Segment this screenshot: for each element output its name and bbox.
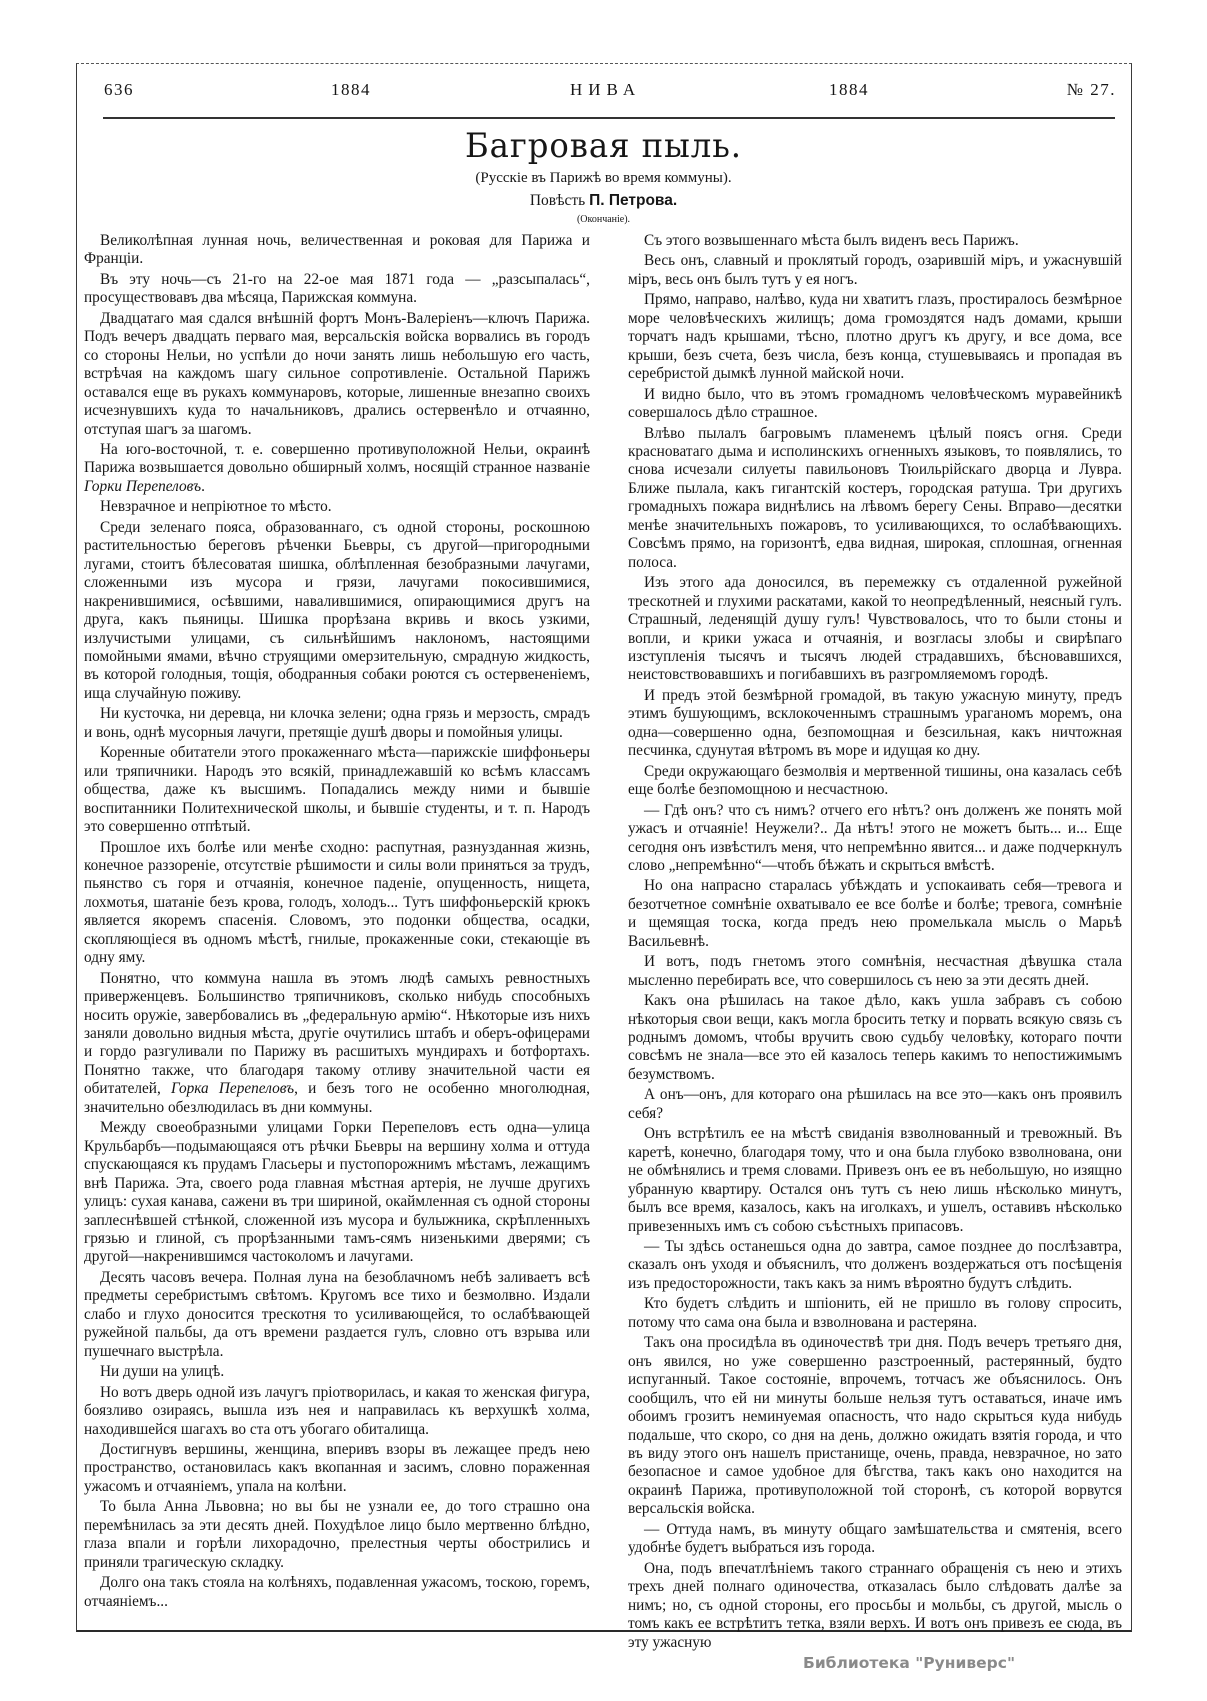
byline-prefix: Повѣсть [530,192,585,209]
paragraph: Десять часовъ вечера. Полная луна на без… [84,1269,590,1361]
paragraph: Долго она такъ стояла на колѣняхъ, подав… [84,1574,590,1611]
paragraph: Прошлое ихъ болѣе или менѣе сходно: расп… [84,839,590,968]
paragraph: А онъ—онъ, для котораго она рѣшилась на … [628,1086,1122,1123]
paragraph: Прямо, направо, налѣво, куда ни хватитъ … [628,291,1122,383]
library-watermark: Библиотека "Руниверс" [803,1654,1015,1672]
paragraph: И вотъ, подъ гнетомъ этого сомнѣнія, нес… [628,953,1122,990]
paragraph: Изъ этого ада доносился, въ перемежку съ… [628,574,1122,685]
issue-number: № 27. [1067,80,1116,100]
running-head: 636 1884 НИВА 1884 № 27. [104,80,1116,106]
paragraph: Среди окружающаго безмолвія и мертвенной… [628,763,1122,800]
paragraph: Такъ она просидѣла въ одиночествѣ три дн… [628,1334,1122,1519]
paragraph: — Гдѣ онъ? что съ нимъ? отчего его нѣтъ?… [628,802,1122,876]
story-title: Багровая пыль. [30,126,1177,166]
paragraph: Съ этого возвышеннаго мѣста былъ виденъ … [628,232,1122,250]
place-name: Горка Перепеловъ [171,1080,294,1097]
paragraph: Влѣво пылалъ багровымъ пламенемъ цѣлый п… [628,425,1122,573]
place-name: Горки Перепеловъ [84,478,201,495]
paragraph: Среди зеленаго пояса, образованнаго, съ … [84,519,590,704]
paragraph: Кто будетъ слѣдить и шпіонить, ей не при… [628,1295,1122,1332]
paragraph: И видно было, что въ этомъ громадномъ че… [628,386,1122,423]
paragraph: — Ты здѣсь останешься одна до завтра, са… [628,1238,1122,1293]
right-column: Съ этого возвышеннаго мѣста былъ виденъ … [628,232,1122,1654]
paragraph: Двадцатаго мая сдался внѣшній фортъ Монъ… [84,310,590,439]
paragraph: — Оттуда намъ, въ минуту общаго замѣшате… [628,1521,1122,1558]
paragraph: Она, подъ впечатлѣніемъ такого страннаго… [628,1560,1122,1652]
paragraph: Понятно, что коммуна нашла въ этомъ людѣ… [84,970,590,1118]
journal-title: НИВА [570,80,641,100]
paragraph: Но вотъ дверь одной изъ лачугъ пріотвори… [84,1384,590,1439]
paragraph: Ни кусточка, ни деревца, ни клочка зелен… [84,705,590,742]
paragraph: Достигнувъ вершины, женщина, вперивъ взо… [84,1441,590,1496]
header-rule [103,117,1115,119]
byline-author: П. Петрова. [589,192,677,209]
year-left: 1884 [331,80,371,100]
left-column: Великолѣпная лунная ночь, величественная… [84,232,590,1613]
paragraph: Въ эту ночь—съ 21-го на 22-ое мая 1871 г… [84,271,590,308]
paragraph: Весь онъ, славный и проклятый городъ, оз… [628,252,1122,289]
paragraph: Ни души на улицѣ. [84,1363,590,1381]
paragraph: Онъ встрѣтилъ ее на мѣстѣ свиданія взвол… [628,1125,1122,1236]
paragraph: На юго-восточной, т. е. совершенно проти… [84,441,590,496]
paragraph: Великолѣпная лунная ночь, величественная… [84,232,590,269]
story-byline: Повѣсть П. Петрова. [0,192,1207,210]
paragraph: Коренные обитатели этого прокаженнаго мѣ… [84,744,590,836]
story-subtitle: (Русскіе въ Парижѣ во время коммуны). [0,170,1207,187]
paragraph: То была Анна Львовна; но вы бы не узнали… [84,1498,590,1572]
paragraph: Но она напрасно старалась убѣждать и усп… [628,877,1122,951]
paragraph: Какъ она рѣшилась на такое дѣло, какъ уш… [628,992,1122,1084]
paragraph: Невзрачное и непріютное то мѣсто. [84,498,590,516]
paragraph: И предъ этой безмѣрной громадой, въ таку… [628,687,1122,761]
paragraph: Между своеобразными улицами Горки Перепе… [84,1119,590,1267]
story-note: (Окончаніе). [0,214,1207,225]
page-number: 636 [104,80,134,100]
year-right: 1884 [829,80,869,100]
